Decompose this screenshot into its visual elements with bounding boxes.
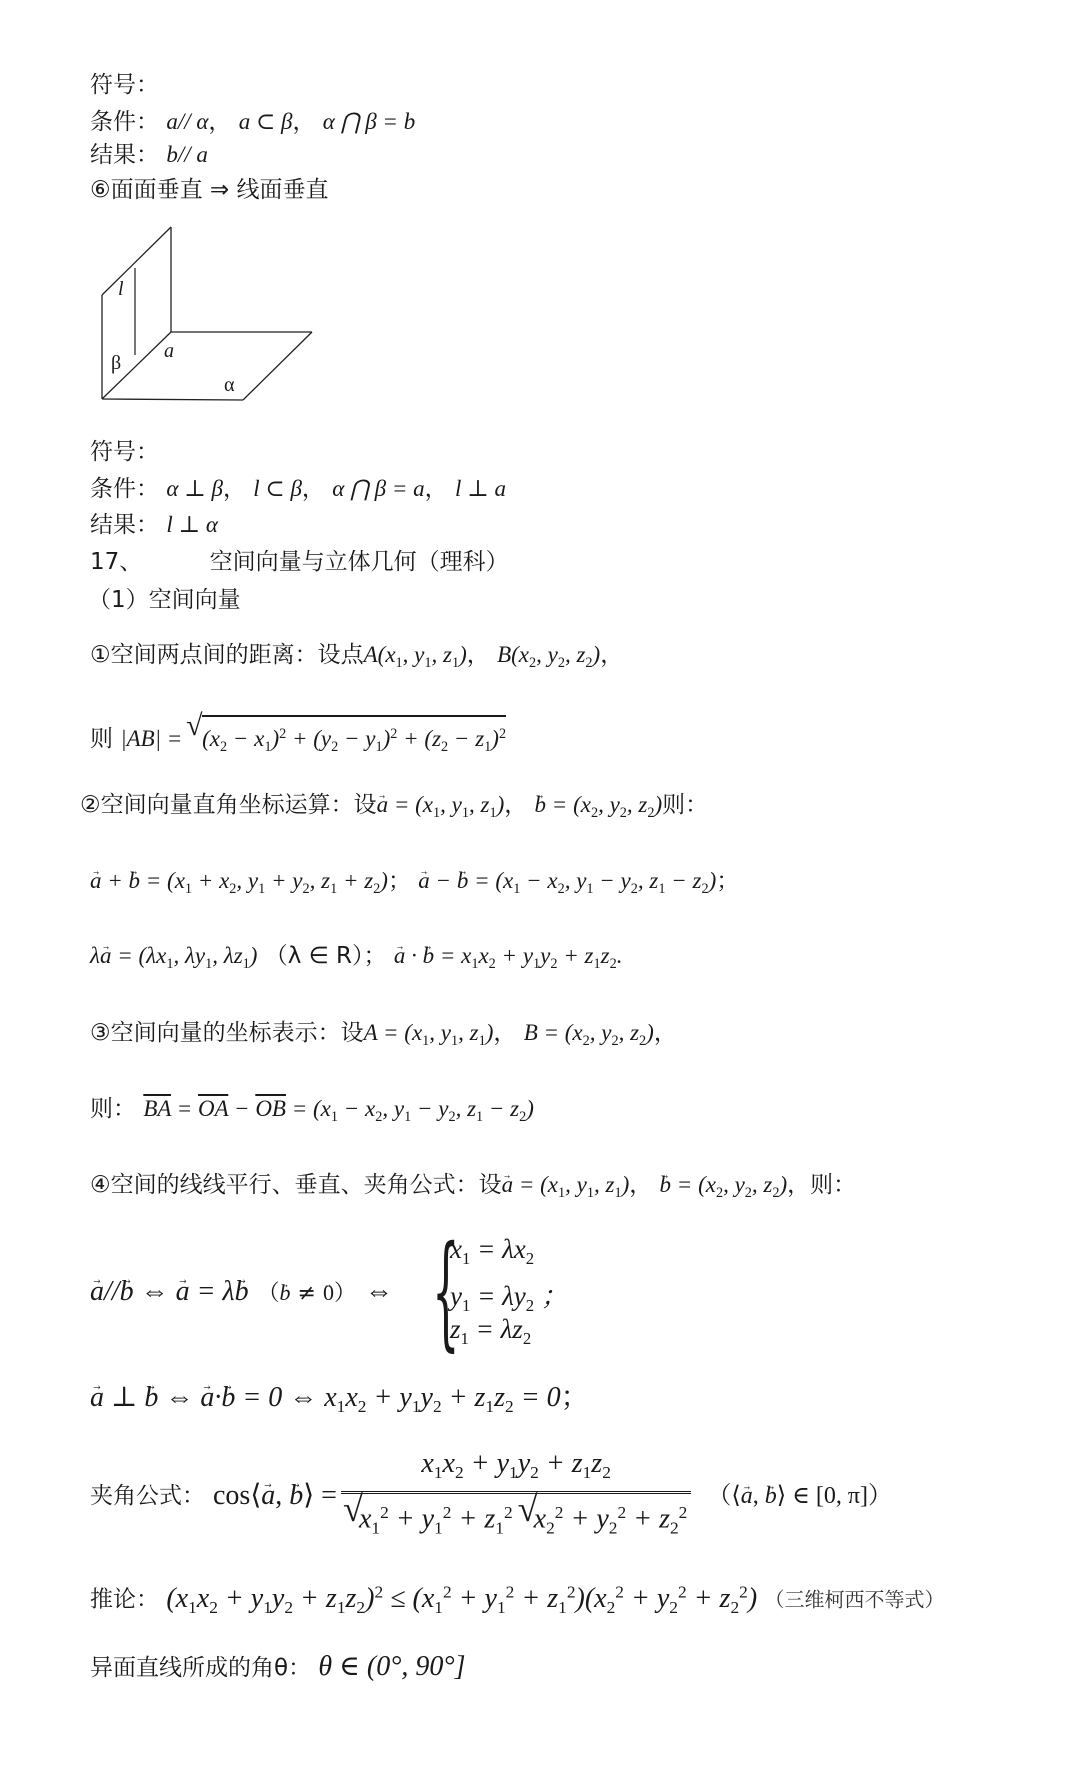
system-row-y: y1 = λy2 ； (450, 1274, 568, 1316)
condition-expr-3: α ⋂ β = a (332, 476, 424, 501)
condition-expr-4: l ⊥ a (455, 476, 506, 501)
item2-header: ②空间向量直角坐标运算：设a = (x1, y1, z1)， b = (x2, … (80, 790, 708, 828)
vec-b-def: b = (x2, y2, z2) (660, 1172, 788, 1197)
subsection-title: （1）空间向量 (88, 585, 241, 615)
vector-diff: a − b = (x1 − x2, y1 − y2, z1 − z2) (418, 868, 716, 893)
point-a-def: A = (x1, y1, z1) (364, 1020, 494, 1045)
item1-title: ①空间两点间的距离：设点 (90, 642, 364, 668)
then-label: 则： (662, 792, 708, 818)
line-l-label: l (118, 278, 124, 301)
iff-symbol: ⇔ (365, 1276, 393, 1307)
vector-ba-formula: 则： BA = OA − OB = (x1 − x2, y1 − y2, z1 … (90, 1094, 534, 1132)
plane-alpha-label: α (224, 374, 234, 397)
point-b-def: B = (x2, y2, z2) (524, 1020, 654, 1045)
plane-beta-label: β (111, 352, 121, 375)
parallel-expr: a//b ⇔ a = λb (90, 1276, 249, 1307)
system-row-z: z1 = λz2 (450, 1314, 531, 1349)
item3-header: ③空间向量的坐标表示：设A = (x1, y1, z1)， B = (x2, y… (90, 1018, 677, 1056)
distance-expr: |AB| = (x2 − x1)2 + (y2 − y1)2 + (z2 − z… (120, 726, 506, 751)
item2-title: ②空间向量直角坐标运算：设 (80, 792, 377, 818)
vector-sum: a + b = (x1 + x2, y1 + y2, z1 + z2) (90, 868, 388, 893)
fraction-numerator: x1x2 + y1y2 + z1z2 (417, 1449, 614, 1491)
skew-angle-line: 异面直线所成的角θ： θ ∈ (0°, 90°] (90, 1652, 466, 1683)
vec-a-def: a = (x1, y1, z1) (377, 792, 505, 817)
section17-heading: 17、 空间向量与立体几何（理科） (90, 547, 509, 577)
then-label: ，则： (787, 1172, 856, 1198)
perpendicular-planes-diagram (0, 0, 1080, 420)
distance-formula: 则 |AB| = (x2 − x1)2 + (y2 − y1)2 + (z2 −… (90, 715, 506, 762)
fraction-denominator: x12 + y12 + z12 x22 + y22 + z22 (341, 1491, 691, 1544)
parallel-system: { x1 = λx2 y1 = λy2 ； z1 = λz2 (432, 1230, 632, 1354)
line-a-label: a (164, 340, 174, 363)
point-b: B(x2, y2, z2) (497, 642, 600, 667)
system-row-x: x1 = λx2 (450, 1234, 534, 1269)
item4-header: ④空间的线线平行、垂直、夹角公式：设a = (x1, y1, z1)， b = … (90, 1170, 856, 1208)
item1-header: ①空间两点间的距离：设点A(x1, y1, z1)， B(x2, y2, z2)… (90, 640, 623, 678)
angle-fraction: x1x2 + y1y2 + z1z2 x12 + y12 + z12 x22 +… (341, 1449, 691, 1544)
section-title: 空间向量与立体几何（理科） (210, 549, 509, 575)
result-line-2: 结果： l ⊥ α (90, 510, 218, 540)
result-expr: l ⊥ α (166, 512, 218, 537)
vec-a-def: a = (x1, y1, z1) (502, 1172, 630, 1197)
parallel-condition: a//b ⇔ a = λb （b ≠ 0） ⇔ (90, 1276, 393, 1309)
dot-product: a · b = x1x2 + y1y2 + z1z2. (394, 943, 623, 968)
scalar-condition: （λ ∈ R） (265, 943, 364, 969)
point-a: A(x1, y1, z1) (364, 642, 467, 667)
perpendicular-expr: a ⊥ b ⇔ a·b = 0 ⇔ x1x2 + y1y2 + z1z2 = 0 (90, 1382, 561, 1413)
angle-formula: 夹角公式： cos⟨a, b⟩ = x1x2 + y1y2 + z1z2 x12… (90, 1466, 892, 1526)
skew-range: θ ∈ (0°, 90°] (318, 1651, 465, 1682)
item4-title: ④空间的线线平行、垂直、夹角公式：设 (90, 1172, 502, 1198)
then-label: 则 (90, 726, 113, 752)
condition-expr-2: l ⊂ β (253, 476, 302, 501)
result-label: 结果： (90, 512, 159, 538)
symbol-line-2: 符号： (90, 437, 159, 467)
condition-expr-1: α ⊥ β (166, 476, 223, 501)
condition-line-2: 条件： α ⊥ β， l ⊂ β， α ⋂ β = a， l ⊥ a (90, 474, 506, 504)
corollary-line: 推论： (x1x2 + y1y2 + z1z2)2 ≤ (x12 + y12 +… (90, 1577, 944, 1623)
perpendicular-condition: a ⊥ b ⇔ a·b = 0 ⇔ x1x2 + y1y2 + z1z2 = 0… (90, 1382, 589, 1422)
corollary-note: （三维柯西不等式） (764, 1588, 944, 1612)
symbol-label: 符号： (90, 439, 159, 465)
then-label: 则： (90, 1096, 136, 1122)
condition-label: 条件： (90, 476, 159, 502)
corollary-label: 推论： (90, 1587, 159, 1613)
skew-label: 异面直线所成的角θ： (90, 1655, 311, 1681)
cauchy-inequality: (x1x2 + y1y2 + z1z2)2 ≤ (x12 + y12 + z12… (166, 1583, 757, 1614)
angle-label: 夹角公式： (90, 1481, 205, 1511)
scalar-dot-line: λa = (λx1, λy1, λz1) （λ ∈ R）； a · b = x1… (90, 941, 622, 979)
item3-title: ③空间向量的坐标表示：设 (90, 1020, 364, 1046)
nonzero-condition: （b ≠ 0） (258, 1281, 356, 1306)
angle-range: （⟨a, b⟩ ∈ [0, π]） (707, 1481, 892, 1511)
ba-expr: BA = OA − OB = (x1 − x2, y1 − y2, z1 − z… (143, 1096, 534, 1121)
vector-sum-diff: a + b = (x1 + x2, y1 + y2, z1 + z2)； a −… (90, 866, 739, 904)
vec-b-def: b = (x2, y2, z2) (535, 792, 663, 817)
scalar-multiply: λa = (λx1, λy1, λz1) (90, 943, 257, 968)
section-number: 17、 (90, 549, 142, 575)
